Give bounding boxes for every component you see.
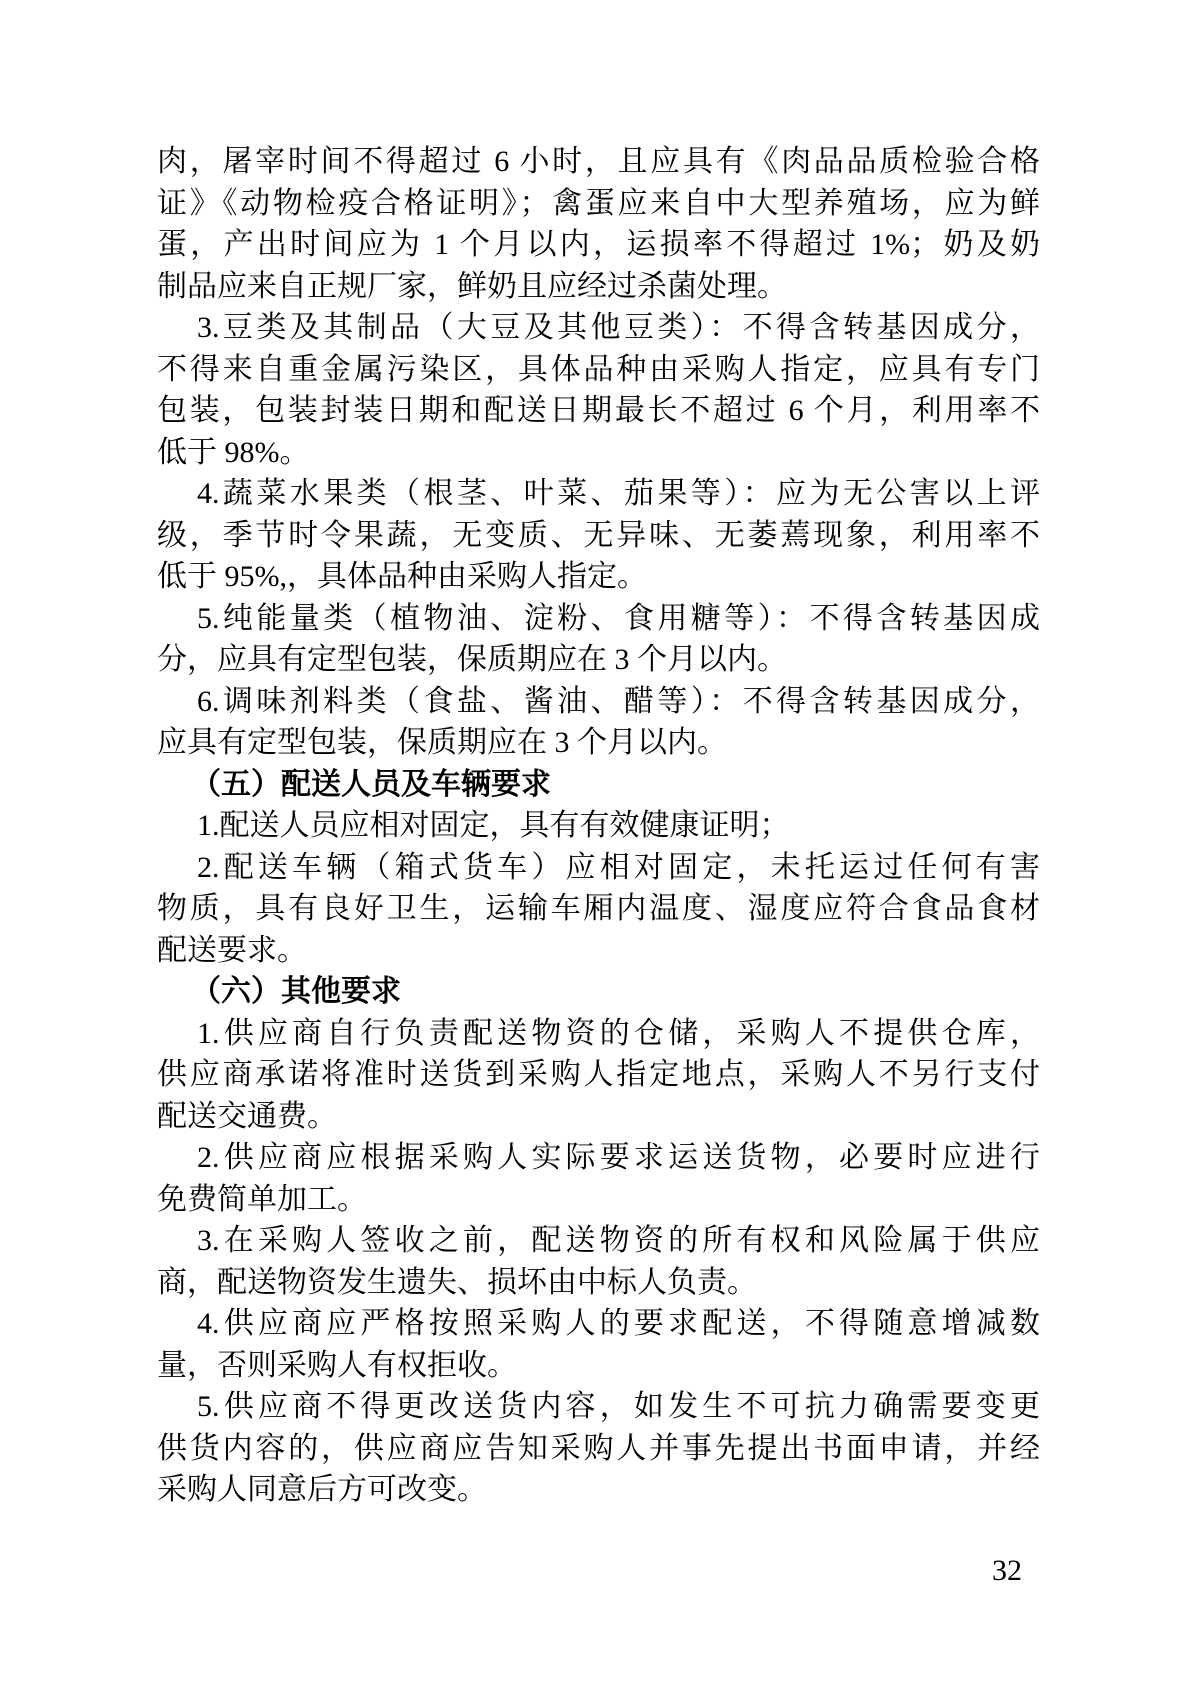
text-line: 量，否则采购人有权拒收。 xyxy=(157,1345,1040,1387)
text-line: 2.供应商应根据采购人实际要求运送货物，必要时应进行 xyxy=(157,1137,1040,1179)
text-line: 肉，屠宰时间不得超过 6 小时，且应具有《肉品品质检验合格 xyxy=(157,141,1040,183)
text-line: 证》《动物检疫合格证明》；禽蛋应来自中大型养殖场，应为鲜 xyxy=(157,183,1040,225)
text-line: 3.在采购人签收之前，配送物资的所有权和风险属于供应 xyxy=(157,1220,1040,1262)
document-body: 肉，屠宰时间不得超过 6 小时，且应具有《肉品品质检验合格证》《动物检疫合格证明… xyxy=(157,141,1040,1511)
text-line: 6.调味剂料类（食盐、酱油、醋等）：不得含转基因成分， xyxy=(157,681,1040,723)
text-line: 4.蔬菜水果类（根茎、叶菜、茄果等）：应为无公害以上评 xyxy=(157,473,1040,515)
text-line: 包装，包装封装日期和配送日期最长不超过 6 个月，利用率不 xyxy=(157,390,1040,432)
text-line: 制品应来自正规厂家，鲜奶且应经过杀菌处理。 xyxy=(157,266,1040,308)
text-line: 级，季节时令果蔬，无变质、无异味、无萎蔫现象，利用率不 xyxy=(157,515,1040,557)
text-line: 低于 95%,，具体品种由采购人指定。 xyxy=(157,556,1040,598)
text-line: 低于 98%。 xyxy=(157,432,1040,474)
text-line: 物质，具有良好卫生，运输车厢内温度、湿度应符合食品食材 xyxy=(157,888,1040,930)
text-line: 3.豆类及其制品（大豆及其他豆类）：不得含转基因成分， xyxy=(157,307,1040,349)
text-line: 采购人同意后方可改变。 xyxy=(157,1469,1040,1511)
text-line: 分，应具有定型包装，保质期应在 3 个月以内。 xyxy=(157,639,1040,681)
section-heading: （五）配送人员及车辆要求 xyxy=(157,764,1040,806)
text-line: 不得来自重金属污染区，具体品种由采购人指定，应具有专门 xyxy=(157,349,1040,391)
text-line: 1.供应商自行负责配送物资的仓储，采购人不提供仓库， xyxy=(157,1013,1040,1055)
text-line: 商，配送物资发生遗失、损坏由中标人负责。 xyxy=(157,1262,1040,1304)
text-line: 供应商承诺将准时送货到采购人指定地点，采购人不另行支付 xyxy=(157,1054,1040,1096)
document-page: 肉，屠宰时间不得超过 6 小时，且应具有《肉品品质检验合格证》《动物检疫合格证明… xyxy=(0,0,1190,1682)
text-line: 配送交通费。 xyxy=(157,1096,1040,1138)
page-number: 32 xyxy=(992,1554,1022,1588)
text-line: 应具有定型包装，保质期应在 3 个月以内。 xyxy=(157,722,1040,764)
text-line: 4.供应商应严格按照采购人的要求配送，不得随意增减数 xyxy=(157,1303,1040,1345)
section-heading: （六）其他要求 xyxy=(157,971,1040,1013)
text-line: 配送要求。 xyxy=(157,930,1040,972)
text-line: 蛋，产出时间应为 1 个月以内，运损率不得超过 1%；奶及奶 xyxy=(157,224,1040,266)
text-line: 5.纯能量类（植物油、淀粉、食用糖等）：不得含转基因成 xyxy=(157,598,1040,640)
text-line: 2.配送车辆（箱式货车）应相对固定，未托运过任何有害 xyxy=(157,847,1040,889)
text-line: 免费简单加工。 xyxy=(157,1179,1040,1221)
text-line: 5.供应商不得更改送货内容，如发生不可抗力确需要变更 xyxy=(157,1386,1040,1428)
text-line: 供货内容的，供应商应告知采购人并事先提出书面申请，并经 xyxy=(157,1428,1040,1470)
text-line: 1.配送人员应相对固定，具有有效健康证明； xyxy=(157,805,1040,847)
